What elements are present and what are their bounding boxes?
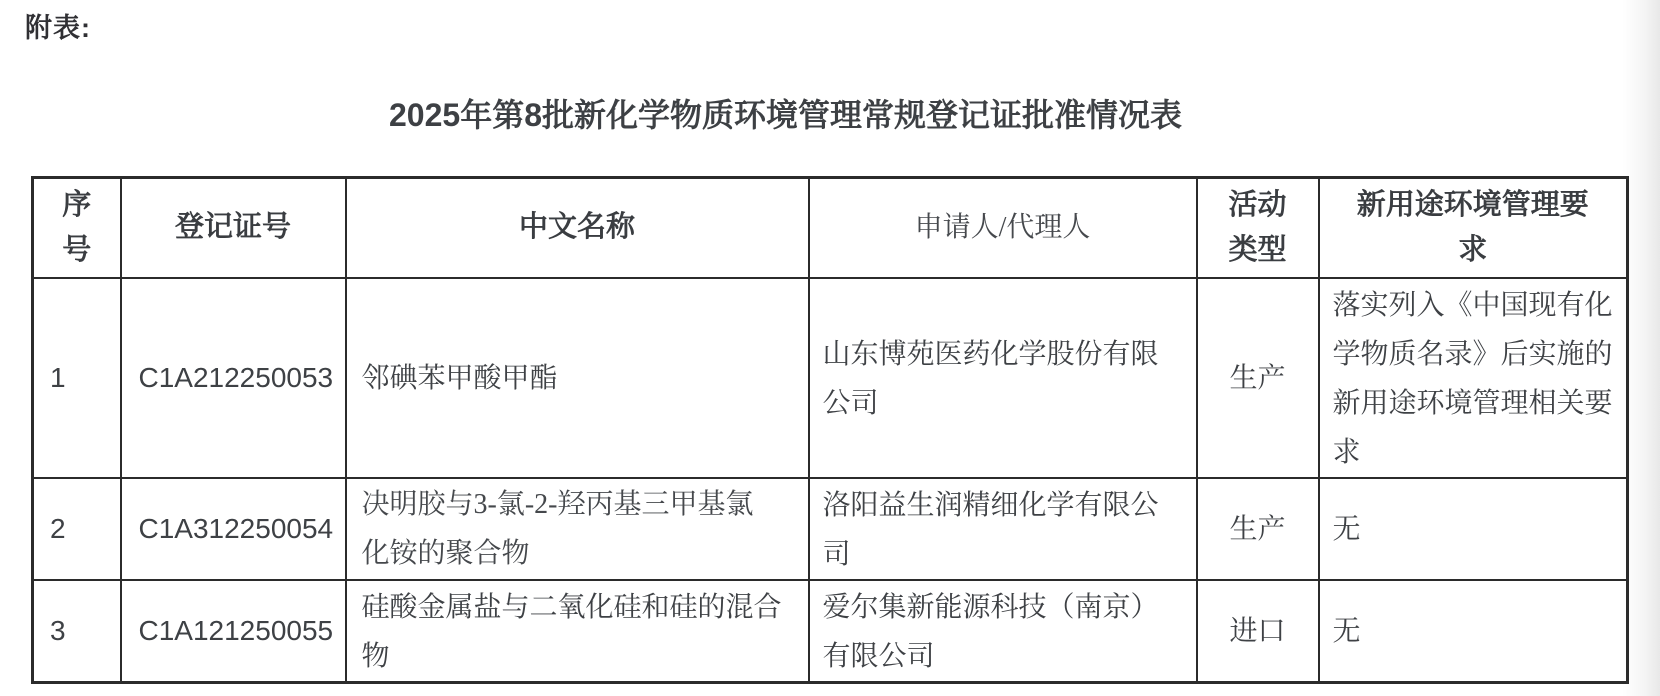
column-header-cn-name: 中文名称 bbox=[346, 178, 809, 278]
attachment-label: 附表: bbox=[25, 6, 91, 45]
table-header-row: 序号 登记证号 中文名称 申请人/代理人 活动类型 新用途环境管理要求 bbox=[33, 178, 1628, 278]
document-page: 附表: 2025年第8批新化学物质环境管理常规登记证批准情况表 序号 登记证号 … bbox=[0, 0, 1660, 696]
cell-cn-name: 邻碘苯甲酸甲酯 bbox=[346, 278, 809, 478]
column-header-activity: 活动类型 bbox=[1197, 178, 1319, 278]
cell-requirement: 无 bbox=[1319, 580, 1628, 683]
cell-cn-name: 决明胶与3-氯-2-羟丙基三甲基氯化铵的聚合物 bbox=[346, 478, 809, 580]
column-header-index: 序号 bbox=[33, 178, 121, 278]
cell-cert-no: C1A212250053 bbox=[121, 278, 346, 478]
cell-activity: 生产 bbox=[1197, 278, 1319, 478]
cell-cert-no: C1A312250054 bbox=[121, 478, 346, 580]
cell-activity: 生产 bbox=[1197, 478, 1319, 580]
cell-activity: 进口 bbox=[1197, 580, 1319, 683]
document-title: 2025年第8批新化学物质环境管理常规登记证批准情况表 bbox=[31, 90, 1540, 136]
cell-requirement: 落实列入《中国现有化学物质名录》后实施的新用途环境管理相关要求 bbox=[1319, 278, 1628, 478]
approval-table-container: 序号 登记证号 中文名称 申请人/代理人 活动类型 新用途环境管理要求 1 C1… bbox=[31, 176, 1629, 684]
cell-requirement: 无 bbox=[1319, 478, 1628, 580]
table-row: 3 C1A121250055 硅酸金属盐与二氧化硅和硅的混合物 爱尔集新能源科技… bbox=[33, 580, 1628, 683]
cell-applicant: 山东博苑医药化学股份有限公司 bbox=[809, 278, 1197, 478]
cell-index: 2 bbox=[33, 478, 121, 580]
cell-index: 3 bbox=[33, 580, 121, 683]
column-header-cert-no: 登记证号 bbox=[121, 178, 346, 278]
cell-index: 1 bbox=[33, 278, 121, 478]
cell-cn-name: 硅酸金属盐与二氧化硅和硅的混合物 bbox=[346, 580, 809, 683]
cell-cert-no: C1A121250055 bbox=[121, 580, 346, 683]
table-row: 2 C1A312250054 决明胶与3-氯-2-羟丙基三甲基氯化铵的聚合物 洛… bbox=[33, 478, 1628, 580]
table-row: 1 C1A212250053 邻碘苯甲酸甲酯 山东博苑医药化学股份有限公司 生产… bbox=[33, 278, 1628, 478]
cell-applicant: 洛阳益生润精细化学有限公司 bbox=[809, 478, 1197, 580]
approval-table: 序号 登记证号 中文名称 申请人/代理人 活动类型 新用途环境管理要求 1 C1… bbox=[31, 176, 1629, 684]
column-header-requirement: 新用途环境管理要求 bbox=[1319, 178, 1628, 278]
cell-applicant: 爱尔集新能源科技（南京）有限公司 bbox=[809, 580, 1197, 683]
column-header-applicant: 申请人/代理人 bbox=[809, 178, 1197, 278]
